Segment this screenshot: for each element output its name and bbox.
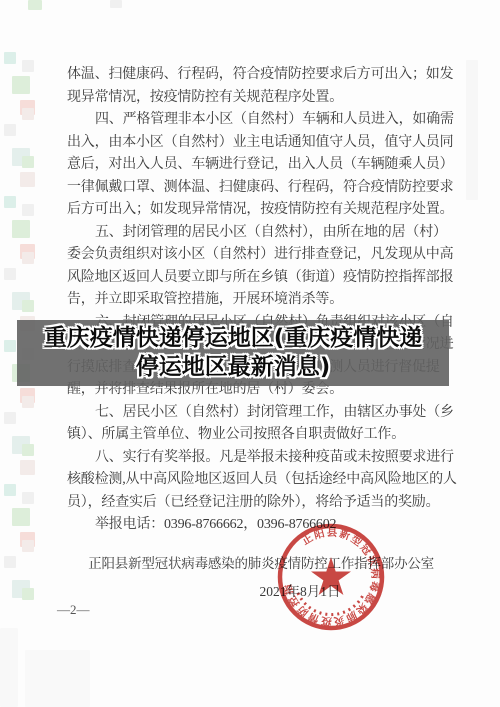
scan-artifact-block (22, 156, 34, 168)
document-line: 八、实行有奖举报。凡是举报未接种疫苗或未按照要求进行 (67, 447, 459, 470)
document-line: 意后，对出入人员、车辆进行登记，出入人员（车辆随乘人员） (67, 154, 459, 177)
scan-artifact-block (22, 300, 34, 312)
scan-artifact-block (22, 540, 34, 552)
document-line: 四、严格管理非本小区（自然村）车辆和人员进入，如确需 (67, 109, 459, 132)
document-line: 七、居民小区（自然村）封闭管理工作，由辖区办事处（乡 (67, 402, 459, 425)
scan-artifact-block (4, 556, 16, 568)
scan-artifact-block (22, 60, 34, 72)
scan-artifact-block (12, 76, 30, 94)
document-line: 镇）、所属主管单位、物业公司按照各自职责做好工作。 (67, 424, 459, 447)
scan-artifact-block (4, 412, 16, 424)
document-line: 风险地区返回人员要立即与所在乡镇（街道）疫情防控指挥部报 (67, 267, 459, 290)
seal-star-icon (311, 557, 351, 595)
scan-artifact-block (466, 60, 478, 200)
headline-overlay: 重庆疫情快递停运地区(重庆疫情快递 停运地区最新消息) (17, 320, 449, 386)
scan-artifact-block (20, 172, 35, 187)
scan-artifact-block (20, 460, 35, 475)
headline-line1: 重庆疫情快递停运地区(重庆疫情快递 (44, 324, 423, 353)
document-line: 员），经查实后（已经登记注册的除外），将给予适当的奖励。 (67, 492, 459, 515)
document-line: 体温、扫健康码、行程码，符合疫情防控要求后方可出入；如发 (67, 64, 459, 87)
scan-artifact-block (4, 196, 16, 208)
scan-artifact-block (22, 444, 34, 456)
scan-artifact-block (22, 396, 34, 408)
scan-artifact-block (12, 220, 30, 238)
scan-artifact-block (4, 340, 16, 352)
document-line: 核酸检测,从中高风险地区返回人员（包括途经中高风险地区的人 (67, 469, 459, 492)
document-line: 五、封闭管理的居民小区（自然村），由所在地的居（村） (67, 222, 459, 245)
document-line: 出入，由本小区（自然村）业主电话通知值守人员，值守人员同 (67, 132, 459, 155)
scan-artifact-block (110, 0, 122, 8)
scan-artifact-block (4, 268, 16, 280)
scan-artifact-block (4, 52, 16, 64)
scanned-document-page: 体温、扫健康码、行程码，符合疫情防控要求后方可出入；如发现异常情况，按疫情防控有… (0, 0, 500, 707)
scan-artifact-block (28, 0, 42, 10)
document-body: 体温、扫健康码、行程码，符合疫情防控要求后方可出入；如发现异常情况，按疫情防控有… (67, 64, 459, 537)
document-line: 告，并立即采取管控措施，开展环境消杀等。 (67, 289, 459, 312)
document-line: 后方可出入；如发现异常情况，按疫情防控有关规范程序处置。 (67, 199, 459, 222)
page-number: —2— (57, 602, 90, 618)
scan-artifact-block (22, 252, 34, 264)
scan-artifact-block (12, 508, 30, 526)
document-line: 委会负责组织对该小区（自然村）进行排查登记，凡发现从中高 (67, 244, 459, 267)
document-line: 举报电话：0396-8766662，0396-8766602 (67, 514, 459, 537)
scan-artifact-block (4, 124, 16, 136)
document-line: 现异常情况，按疫情防控有关规范程序处置。 (67, 87, 459, 110)
document-line: 一律佩戴口罩、测体温、扫健康码、行程码，符合疫情防控要求 (67, 177, 459, 200)
scan-artifact-block (25, 650, 90, 707)
scan-artifact-block (22, 204, 34, 216)
scan-artifact-block (4, 484, 16, 496)
scan-artifact-block (22, 108, 34, 120)
headline-line2: 停运地区最新消息) (136, 353, 331, 382)
scan-artifact-block (22, 492, 34, 504)
official-red-seal: 正阳县新型冠状病毒感染肺炎疫情防控指挥部 (275, 521, 387, 633)
scan-artifact-block (0, 628, 18, 707)
scan-artifact-block (22, 588, 34, 600)
